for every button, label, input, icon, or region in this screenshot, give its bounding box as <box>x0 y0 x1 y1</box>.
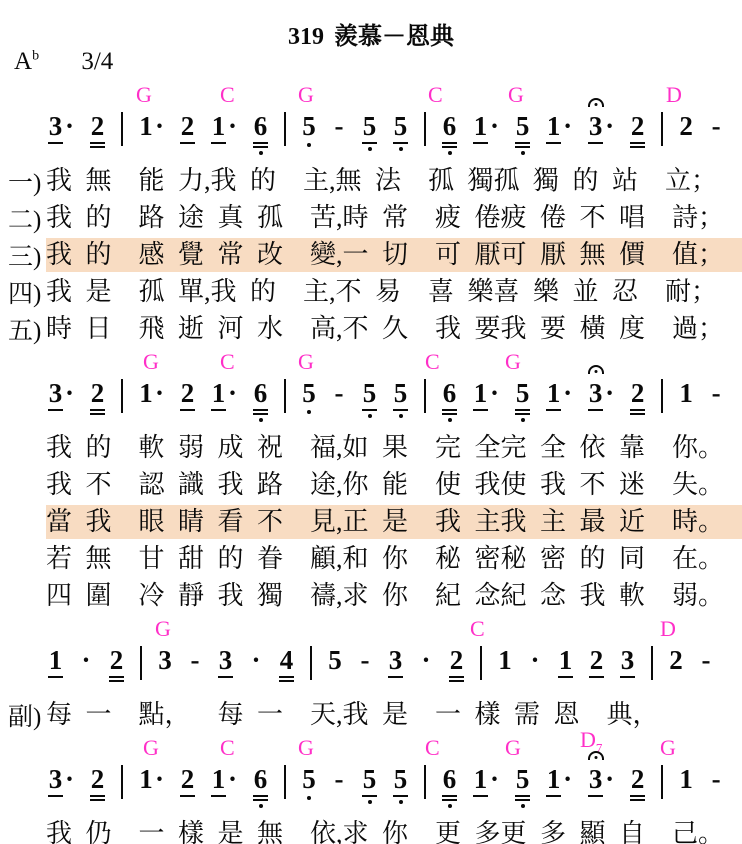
chord-label: G <box>505 737 521 759</box>
octave-underline <box>630 799 645 801</box>
note-digit: 3 <box>158 646 172 674</box>
score-system: GCGCGD7G3·21·21·65-5561·51·3·21-我 仍 一 樣 … <box>0 735 742 844</box>
octave-underline <box>515 413 530 415</box>
note: 5 <box>302 112 316 147</box>
lyrics-block: 我 仍 一 樣 是 無 依,求 你 更 多更 多 顯 自 己。 <box>0 815 742 844</box>
note-digit: 2 <box>679 112 693 140</box>
note: 2 <box>90 765 105 801</box>
dash: - <box>709 765 723 793</box>
lyric-text: 四 圍 冷 靜 我 獨 禱,求 你 紀 念紀 念 我 軟 弱。 <box>46 579 742 613</box>
octave-underline <box>630 413 645 415</box>
note: 3· <box>588 765 614 797</box>
octave-underline <box>211 409 226 411</box>
octave-underline <box>630 146 645 148</box>
octave-underline <box>90 142 105 144</box>
hymn-title-text: 羨慕－恩典 <box>334 24 454 50</box>
octave-underline <box>362 142 377 144</box>
note-digit: 2 <box>450 646 464 674</box>
note-digit: 1 <box>498 646 512 674</box>
note-digit: 3 <box>621 646 635 674</box>
note: 1· <box>473 112 499 144</box>
note-digit: 3 <box>219 646 233 674</box>
lyric-text: 時 日 飛 逝 河 水 高,不 久 我 要我 要 橫 度 過； <box>46 312 742 346</box>
lyric-line: 二)我 的 路 途 真 孤 苦,時 常 疲 倦疲 倦 不 唱 詩； <box>0 199 742 236</box>
duration-dot: · <box>490 765 499 793</box>
note: 5 <box>393 765 408 804</box>
low-octave-dot <box>448 418 452 422</box>
octave-underline <box>515 799 530 801</box>
chord-label: C <box>470 618 485 640</box>
barline <box>661 379 663 413</box>
note-digit: · <box>251 646 260 674</box>
chord-label: G <box>505 351 521 373</box>
octave-underline <box>515 409 530 411</box>
note-digit: 5 <box>516 765 530 793</box>
octave-underline <box>109 676 124 678</box>
note-digit: 2 <box>181 112 195 140</box>
barline <box>121 765 123 799</box>
note-digit: - <box>335 112 344 140</box>
note: 6 <box>253 379 268 422</box>
note: 1· <box>211 765 237 797</box>
duration-dot: · <box>490 112 499 140</box>
note: 3· <box>48 112 74 144</box>
note: 2 <box>679 112 693 140</box>
octave-underline <box>393 409 408 411</box>
note-digit: · <box>421 646 430 674</box>
notation-line: 1·23-3·45-3·21·1232- <box>0 640 742 696</box>
lyric-text: 當 我 眼 睛 看 不 見,正 是 我 主我 主 最 近 時。 <box>46 505 742 539</box>
dash: - <box>188 646 202 674</box>
barline <box>661 765 663 799</box>
note: 5 <box>302 379 316 414</box>
note: 2 <box>630 379 645 415</box>
octave-underline <box>180 409 195 411</box>
octave-underline <box>211 795 226 797</box>
low-octave-dot <box>259 151 263 155</box>
note-digit: 5 <box>394 379 408 407</box>
note-digit: 5 <box>302 379 316 407</box>
barline <box>424 112 426 146</box>
barline <box>284 379 286 413</box>
octave-underline <box>473 142 488 144</box>
octave-underline <box>90 795 105 797</box>
lyric-verse-prefix: 副) <box>0 697 46 733</box>
lyric-verse-prefix: 四) <box>0 274 46 310</box>
note-digit: 6 <box>443 379 457 407</box>
note-digit: 5 <box>516 379 530 407</box>
note-digit: 1 <box>679 765 693 793</box>
octave-underline <box>180 795 195 797</box>
score-system: GCD1·23-3·45-3·21·1232-副)每 一 點， 每 一 天,我 … <box>0 616 742 733</box>
note: 6 <box>253 112 268 155</box>
note-digit: 3 <box>49 765 63 793</box>
lyric-line: 若 無 甘 甜 的 眷 顧,和 你 秘 密秘 密 的 同 在。 <box>0 540 742 577</box>
mid-dot: · <box>249 646 263 674</box>
octave-underline <box>442 146 457 148</box>
note-digit: - <box>335 379 344 407</box>
octave-underline <box>253 146 268 148</box>
note-digit: 1 <box>139 765 153 793</box>
lyric-text: 我 的 軟 弱 成 祝 福,如 果 完 全完 全 依 靠 你。 <box>46 431 742 465</box>
note-digit: 5 <box>363 112 377 140</box>
note-digit: 5 <box>394 765 408 793</box>
lyric-text: 我 無 能 力,我 的 主,無 法 孤 獨孤 獨 的 站 立； <box>46 164 742 198</box>
duration-dot: · <box>605 379 614 407</box>
note-digit: 5 <box>363 379 377 407</box>
octave-underline <box>630 409 645 411</box>
chord-label: C <box>220 84 235 106</box>
octave-underline <box>473 409 488 411</box>
note-digit: 2 <box>590 646 604 674</box>
note-digit: 1 <box>679 379 693 407</box>
barline <box>284 765 286 799</box>
note: 1· <box>546 765 572 797</box>
octave-underline <box>546 409 561 411</box>
duration-dot: · <box>490 379 499 407</box>
note-digit: 2 <box>91 765 105 793</box>
lyric-line: 三)我 的 感 覺 常 改 變,一 切 可 厭可 厭 無 價 值； <box>0 236 742 273</box>
lyric-line: 副)每 一 點， 每 一 天,我 是 一 樣 需 恩 典， <box>0 696 742 733</box>
note: 1 <box>679 765 693 793</box>
low-octave-dot <box>399 147 403 151</box>
lyric-text: 我 的 感 覺 常 改 變,一 切 可 厭可 厭 無 價 值； <box>46 238 742 272</box>
duration-dot: · <box>605 112 614 140</box>
note-digit: 1 <box>547 112 561 140</box>
octave-underline <box>620 676 635 678</box>
octave-underline <box>211 142 226 144</box>
note-digit: 1 <box>559 646 573 674</box>
chord-label: G <box>155 618 171 640</box>
low-octave-dot <box>448 804 452 808</box>
note: 2 <box>669 646 683 674</box>
low-octave-dot <box>259 418 263 422</box>
note: 5 <box>362 112 377 151</box>
note: 4 <box>279 646 294 682</box>
octave-underline <box>449 676 464 678</box>
note: 5 <box>393 379 408 418</box>
octave-underline <box>253 409 268 411</box>
note: 5 <box>515 112 530 155</box>
note: 5 <box>362 379 377 418</box>
dash: - <box>332 112 346 140</box>
low-octave-dot <box>368 800 372 804</box>
chord-label: C <box>220 737 235 759</box>
duration-dot: · <box>563 765 572 793</box>
note: 3· <box>48 765 74 797</box>
lyric-line: 當 我 眼 睛 看 不 見,正 是 我 主我 主 最 近 時。 <box>0 503 742 540</box>
note-digit: - <box>335 765 344 793</box>
lyric-line: 一)我 無 能 力,我 的 主,無 法 孤 獨孤 獨 的 站 立； <box>0 162 742 199</box>
note-digit: 3 <box>589 112 603 140</box>
octave-underline <box>473 795 488 797</box>
note: 3 <box>620 646 635 678</box>
barline <box>651 646 653 680</box>
octave-underline <box>442 142 457 144</box>
note: 3· <box>588 112 614 144</box>
low-octave-dot <box>399 800 403 804</box>
note-digit: - <box>712 765 721 793</box>
note-digit: - <box>191 646 200 674</box>
octave-underline <box>90 799 105 801</box>
note: 6 <box>253 765 268 808</box>
note: 5 <box>515 379 530 422</box>
duration-dot: · <box>65 379 74 407</box>
low-octave-dot <box>307 796 311 800</box>
lyric-line: 五)時 日 飛 逝 河 水 高,不 久 我 要我 要 橫 度 過； <box>0 310 742 347</box>
note: 2 <box>630 765 645 801</box>
duration-dot: · <box>563 379 572 407</box>
hymn-sheet-page: 319羨慕－恩典 Ab 3/4 GCGCGD3·21·21·65-5561·51… <box>0 0 742 844</box>
note: 2 <box>449 646 464 682</box>
note-digit: - <box>361 646 370 674</box>
mid-dot: · <box>79 646 93 674</box>
time-signature: 3/4 <box>81 48 113 75</box>
chord-row: GCGCGD7G <box>0 735 742 759</box>
lyric-text: 我 不 認 識 我 路 途,你 能 使 我使 我 不 迷 失。 <box>46 468 742 502</box>
chord-row: GCGCGD <box>0 82 742 106</box>
note-digit: 1 <box>212 379 226 407</box>
lyric-verse-prefix: 五) <box>0 311 46 347</box>
key-accidental-flat: b <box>32 49 39 64</box>
notation-line: 3·21·21·65-5561·51·3·22- <box>0 106 742 162</box>
chord-label: G <box>136 84 152 106</box>
chord-label: G <box>660 737 676 759</box>
note-digit: 2 <box>669 646 683 674</box>
octave-underline <box>442 413 457 415</box>
note: 6 <box>442 379 457 422</box>
chord-label: C <box>428 84 443 106</box>
note: 1· <box>546 112 572 144</box>
score-system: GCGCG3·21·21·65-5561·51·3·21-我 的 軟 弱 成 祝… <box>0 349 742 614</box>
note-digit: 3 <box>49 379 63 407</box>
note-digit: 5 <box>363 765 377 793</box>
note-digit: 1 <box>139 112 153 140</box>
note: 2 <box>180 379 195 411</box>
note: 3· <box>48 379 74 411</box>
chord-label: G <box>143 737 159 759</box>
octave-underline <box>393 795 408 797</box>
note-digit: 3 <box>589 379 603 407</box>
lyric-text: 我 是 孤 單,我 的 主,不 易 喜 樂喜 樂 並 忍 耐； <box>46 275 742 309</box>
note: 5 <box>302 765 316 800</box>
note-digit: 1 <box>139 379 153 407</box>
low-octave-dot <box>259 804 263 808</box>
barline <box>121 379 123 413</box>
octave-underline <box>48 142 63 144</box>
note-digit: · <box>81 646 90 674</box>
chord-label: D <box>660 618 676 640</box>
note: 1 <box>498 646 512 674</box>
octave-underline <box>558 676 573 678</box>
lyric-line: 我 仍 一 樣 是 無 依,求 你 更 多更 多 顯 自 己。 <box>0 815 742 844</box>
note: 2 <box>90 112 105 148</box>
octave-underline <box>48 409 63 411</box>
note-digit: · <box>530 646 539 674</box>
chord-label: C <box>220 351 235 373</box>
lyric-line: 我 的 軟 弱 成 祝 福,如 果 完 全完 全 依 靠 你。 <box>0 429 742 466</box>
mid-dot: · <box>528 646 542 674</box>
note-digit: 1 <box>547 379 561 407</box>
fermata-icon <box>588 751 604 764</box>
chord-label: G <box>298 351 314 373</box>
note-digit: 6 <box>443 765 457 793</box>
note-digit: 5 <box>328 646 342 674</box>
lyric-verse-prefix: 二) <box>0 200 46 236</box>
note: 1 <box>48 646 63 678</box>
octave-underline <box>90 146 105 148</box>
note: 3 <box>388 646 403 678</box>
note-digit: 2 <box>631 112 645 140</box>
note: 2 <box>630 112 645 148</box>
note: 6 <box>442 112 457 155</box>
note: 1 <box>679 379 693 407</box>
octave-underline <box>109 680 124 682</box>
octave-underline <box>442 795 457 797</box>
octave-underline <box>630 795 645 797</box>
dash: - <box>332 379 346 407</box>
barline <box>424 379 426 413</box>
lyrics-block: 我 的 軟 弱 成 祝 福,如 果 完 全完 全 依 靠 你。我 不 認 識 我… <box>0 429 742 614</box>
lyric-verse-prefix: 一) <box>0 163 46 199</box>
note-digit: 1 <box>212 112 226 140</box>
note-digit: 1 <box>49 646 63 674</box>
note: 1· <box>139 765 164 793</box>
octave-underline <box>442 799 457 801</box>
duration-dot: · <box>155 379 164 407</box>
octave-underline <box>393 142 408 144</box>
chord-label: G <box>143 351 159 373</box>
notation-line: 3·21·21·65-5561·51·3·21- <box>0 759 742 815</box>
octave-underline <box>90 413 105 415</box>
note: 2 <box>109 646 124 682</box>
note: 1· <box>139 112 164 140</box>
note: 2 <box>180 765 195 797</box>
lyric-line: 我 不 認 識 我 路 途,你 能 使 我使 我 不 迷 失。 <box>0 466 742 503</box>
mid-dot: · <box>419 646 433 674</box>
note-digit: 3 <box>49 112 63 140</box>
score-system: GCGCGD3·21·21·65-5561·51·3·22-一)我 無 能 力,… <box>0 82 742 347</box>
lyrics-block: 一)我 無 能 力,我 的 主,無 法 孤 獨孤 獨 的 站 立；二)我 的 路… <box>0 162 742 347</box>
barline <box>310 646 312 680</box>
note-digit: 1 <box>474 379 488 407</box>
octave-underline <box>515 146 530 148</box>
note: 5 <box>328 646 342 674</box>
duration-dot: · <box>228 379 237 407</box>
octave-underline <box>449 680 464 682</box>
note: 1· <box>546 379 572 411</box>
octave-underline <box>630 142 645 144</box>
lyric-line: 四 圍 冷 靜 我 獨 禱,求 你 紀 念紀 念 我 軟 弱。 <box>0 577 742 614</box>
lyric-text: 若 無 甘 甜 的 眷 顧,和 你 秘 密秘 密 的 同 在。 <box>46 542 742 576</box>
duration-dot: · <box>228 765 237 793</box>
octave-underline <box>588 142 603 144</box>
duration-dot: · <box>65 765 74 793</box>
note: 1· <box>139 379 164 407</box>
lyrics-block: 副)每 一 點， 每 一 天,我 是 一 樣 需 恩 典， <box>0 696 742 733</box>
dash: - <box>709 379 723 407</box>
note: 5 <box>515 765 530 808</box>
dash: - <box>699 646 713 674</box>
octave-underline <box>442 409 457 411</box>
octave-underline <box>279 676 294 678</box>
duration-dot: · <box>563 112 572 140</box>
hymn-number: 319 <box>288 24 324 50</box>
duration-dot: · <box>228 112 237 140</box>
notation-line: 3·21·21·65-5561·51·3·21- <box>0 373 742 429</box>
note-digit: 5 <box>302 765 316 793</box>
note: 1· <box>211 112 237 144</box>
note-digit: 2 <box>91 112 105 140</box>
barline <box>140 646 142 680</box>
note-digit: 3 <box>389 646 403 674</box>
barline <box>661 112 663 146</box>
note-digit: - <box>712 112 721 140</box>
chord-label: D <box>666 84 682 106</box>
low-octave-dot <box>399 414 403 418</box>
dash: - <box>332 765 346 793</box>
barline <box>480 646 482 680</box>
chord-label: G <box>298 84 314 106</box>
note-digit: 2 <box>91 379 105 407</box>
duration-dot: · <box>65 112 74 140</box>
note: 2 <box>90 379 105 415</box>
note-digit: 6 <box>254 112 268 140</box>
chord-label: C <box>425 737 440 759</box>
note-digit: - <box>702 646 711 674</box>
note: 6 <box>442 765 457 808</box>
octave-underline <box>362 795 377 797</box>
note-digit: 2 <box>181 379 195 407</box>
key-signature: Ab <box>14 48 39 75</box>
octave-underline <box>589 676 604 678</box>
low-octave-dot <box>521 151 525 155</box>
note: 3· <box>588 379 614 411</box>
octave-underline <box>48 795 63 797</box>
low-octave-dot <box>368 414 372 418</box>
chord-row: GCGCG <box>0 349 742 373</box>
octave-underline <box>253 413 268 415</box>
note-digit: 1 <box>212 765 226 793</box>
note: 2 <box>180 112 195 144</box>
note-digit: 1 <box>474 112 488 140</box>
duration-dot: · <box>155 765 164 793</box>
dash: - <box>709 112 723 140</box>
barline <box>121 112 123 146</box>
octave-underline <box>253 799 268 801</box>
low-octave-dot <box>307 410 311 414</box>
note-digit: 2 <box>631 379 645 407</box>
duration-dot: · <box>605 765 614 793</box>
note: 1· <box>473 379 499 411</box>
note-digit: 5 <box>302 112 316 140</box>
note: 1· <box>473 765 499 797</box>
octave-underline <box>546 142 561 144</box>
low-octave-dot <box>448 151 452 155</box>
octave-underline <box>253 795 268 797</box>
chord-label: C <box>425 351 440 373</box>
octave-underline <box>588 409 603 411</box>
octave-underline <box>515 142 530 144</box>
chord-label: G <box>508 84 524 106</box>
note-digit: 2 <box>181 765 195 793</box>
low-octave-dot <box>521 418 525 422</box>
lyric-verse-prefix: 三) <box>0 237 46 273</box>
note-digit: 6 <box>254 765 268 793</box>
barline <box>284 112 286 146</box>
key-signature-row: Ab 3/4 <box>0 48 742 80</box>
key-letter: A <box>14 48 32 75</box>
